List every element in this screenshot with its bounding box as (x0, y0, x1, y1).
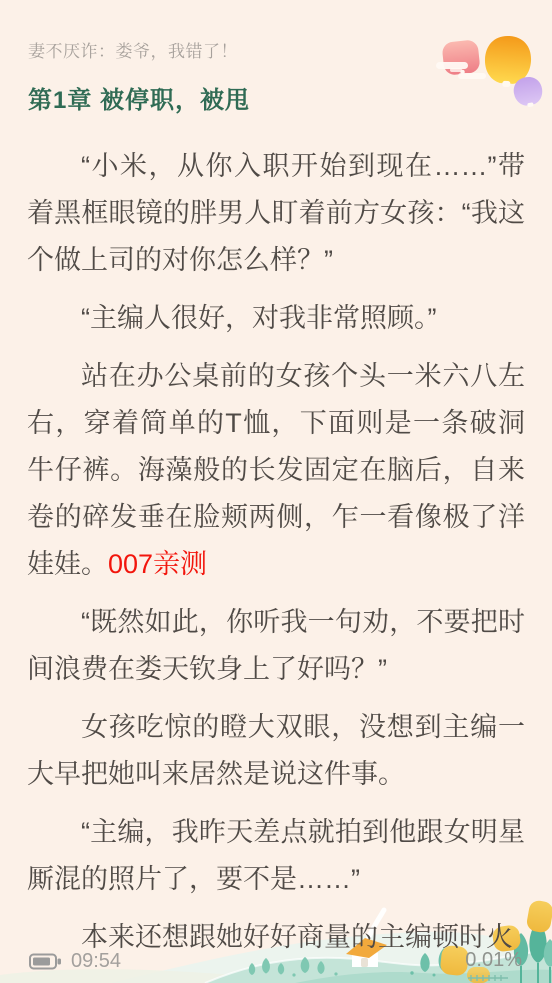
paragraph: “主编，我昨天差点就拍到他跟女明星厮混的照片了，要不是……” (27, 809, 525, 903)
book-title: 妻不厌诈：娄爷，我错了！ (28, 37, 238, 62)
clock-time: 09:54 (71, 950, 121, 973)
reader-content[interactable]: “小米，从你入职开始到现在……”带着黑框眼镜的胖男人盯着前方女孩：“我这个做上司… (0, 143, 552, 972)
paragraph-text: 站在办公桌前的女孩个头一米六八左右，穿着简单的T恤，下面则是一条破洞牛仔裤。海藻… (27, 361, 525, 579)
paragraph: “小米，从你入职开始到现在……”带着黑框眼镜的胖男人盯着前方女孩：“我这个做上司… (27, 143, 525, 284)
battery-icon (29, 953, 63, 971)
reading-progress: 0.01% (465, 949, 522, 972)
paragraph: “主编人很好，对我非常照顾。” (27, 295, 525, 342)
reader-status-bar: 09:54 0.01% (0, 941, 552, 983)
paragraph: “既然如此，你听我一句劝，不要把时间浪费在娄天钦身上了好吗？” (27, 599, 525, 693)
paragraph: 站在办公桌前的女孩个头一米六八左右，穿着简单的T恤，下面则是一条破洞牛仔裤。海藻… (27, 353, 525, 588)
watermark-text: 007亲测 (108, 549, 207, 579)
chapter-title: 第1章 被停职，被甩 (28, 80, 250, 115)
paragraph: 女孩吃惊的瞪大双眼，没想到主编一大早把她叫来居然是说这件事。 (27, 704, 525, 798)
sky-lanterns-decoration[interactable] (430, 33, 552, 111)
